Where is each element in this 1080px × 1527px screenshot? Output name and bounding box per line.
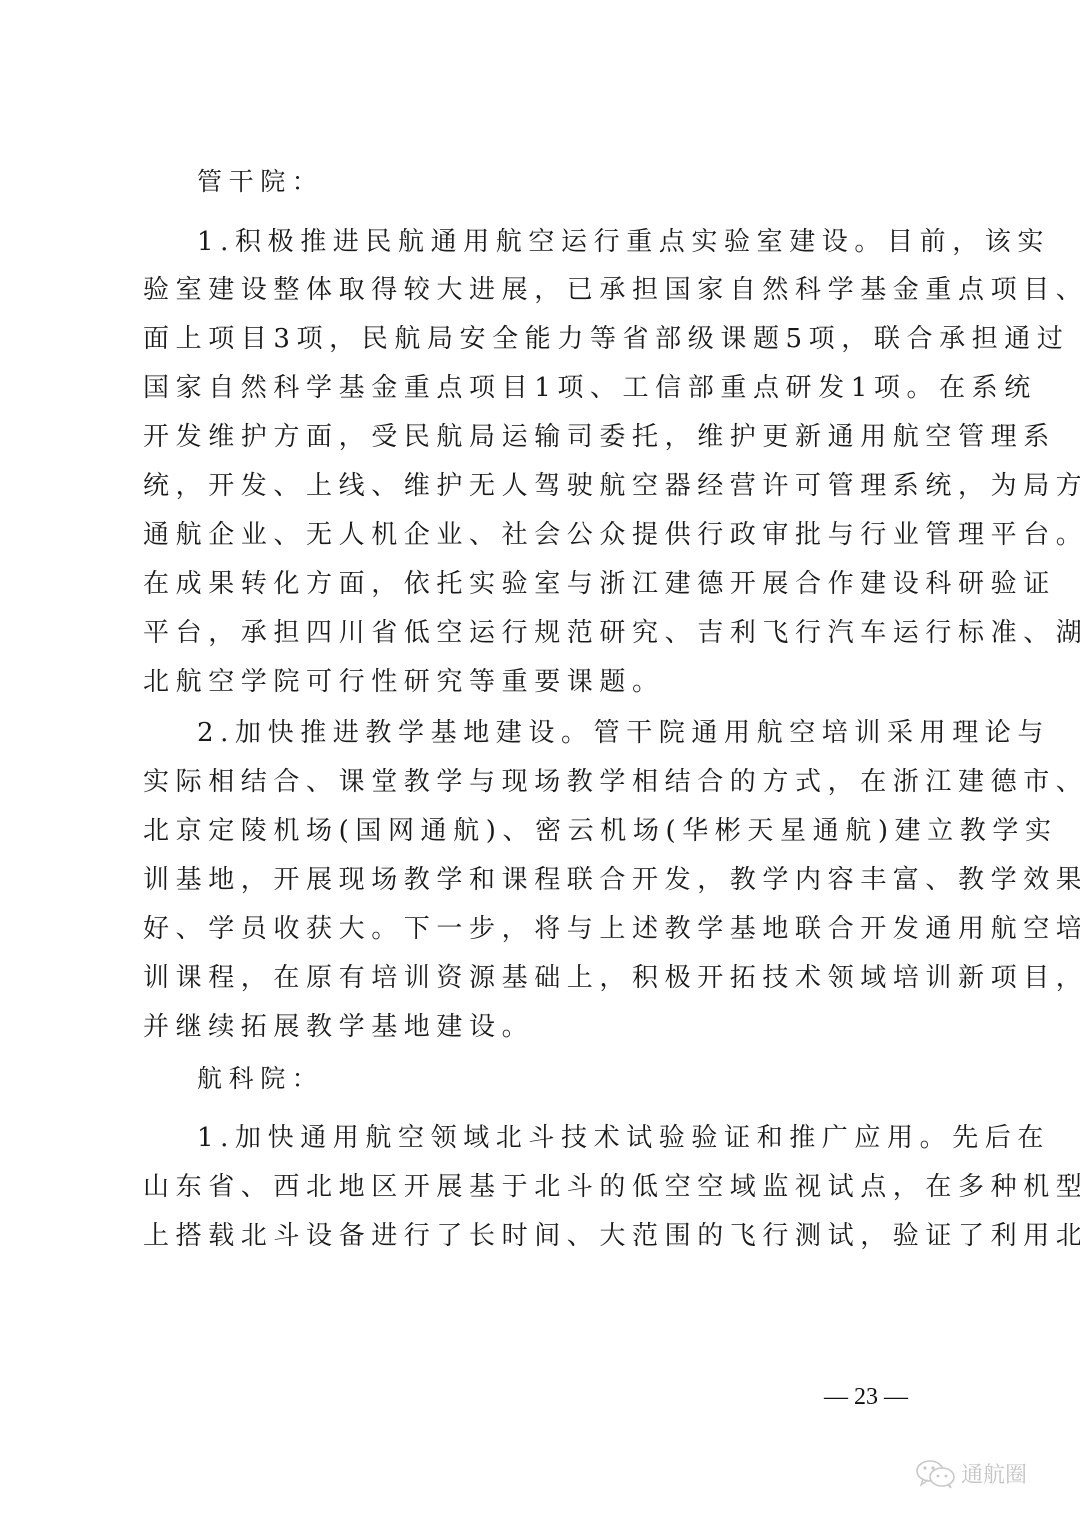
paragraph-line: 训基地，开展现场教学和课程联合开发，教学内容丰富、教学效果 xyxy=(143,864,943,896)
watermark-text: 通航圈 xyxy=(961,1458,1027,1489)
paragraph-line: 并继续拓展教学基地建设。 xyxy=(143,1011,943,1043)
paragraph-line: 2.加快推进教学基地建设。管干院通用航空培训采用理论与 xyxy=(197,717,997,749)
paragraph-line: 平台，承担四川省低空运行规范研究、吉利飞行汽车运行标准、湖 xyxy=(143,617,943,649)
paragraph-line: 国家自然科学基金重点项目1项、工信部重点研发1项。在系统 xyxy=(143,372,943,404)
page-number: — 23 — xyxy=(824,1384,908,1411)
document-page: 管干院：1.积极推进民航通用航空运行重点实验室建设。目前，该实验室建设整体取得较… xyxy=(0,0,1080,1527)
paragraph-line: 好、学员收获大。下一步，将与上述教学基地联合开发通用航空培 xyxy=(143,913,943,945)
paragraph-line: 山东省、西北地区开展基于北斗的低空空域监视试点，在多种机型 xyxy=(143,1171,943,1203)
paragraph-line: 北京定陵机场(国网通航)、密云机场(华彬天星通航)建立教学实 xyxy=(143,815,943,847)
watermark: 通航圈 xyxy=(915,1458,1027,1489)
paragraph-line: 1.积极推进民航通用航空运行重点实验室建设。目前，该实 xyxy=(197,226,997,258)
paragraph-line: 统，开发、上线、维护无人驾驶航空器经营许可管理系统，为局方、 xyxy=(143,470,943,502)
paragraph-line: 开发维护方面，受民航局运输司委托，维护更新通用航空管理系 xyxy=(143,421,943,453)
section-heading: 航科院： xyxy=(197,1063,997,1095)
paragraph-line: 面上项目3项，民航局安全能力等省部级课题5项，联合承担通过 xyxy=(143,323,943,355)
paragraph-line: 北航空学院可行性研究等重要课题。 xyxy=(143,666,943,698)
paragraph-line: 上搭载北斗设备进行了长时间、大范围的飞行测试，验证了利用北 xyxy=(143,1220,943,1252)
paragraph-line: 1.加快通用航空领域北斗技术试验验证和推广应用。先后在 xyxy=(197,1122,997,1154)
section-heading: 管干院： xyxy=(197,166,997,198)
paragraph-line: 验室建设整体取得较大进展，已承担国家自然科学基金重点项目、 xyxy=(143,274,943,306)
paragraph-line: 在成果转化方面，依托实验室与浙江建德开展合作建设科研验证 xyxy=(143,568,943,600)
wechat-icon xyxy=(915,1459,957,1489)
paragraph-line: 通航企业、无人机企业、社会公众提供行政审批与行业管理平台。 xyxy=(143,519,943,551)
paragraph-line: 实际相结合、课堂教学与现场教学相结合的方式，在浙江建德市、 xyxy=(143,766,943,798)
paragraph-line: 训课程，在原有培训资源基础上，积极开拓技术领域培训新项目， xyxy=(143,962,943,994)
